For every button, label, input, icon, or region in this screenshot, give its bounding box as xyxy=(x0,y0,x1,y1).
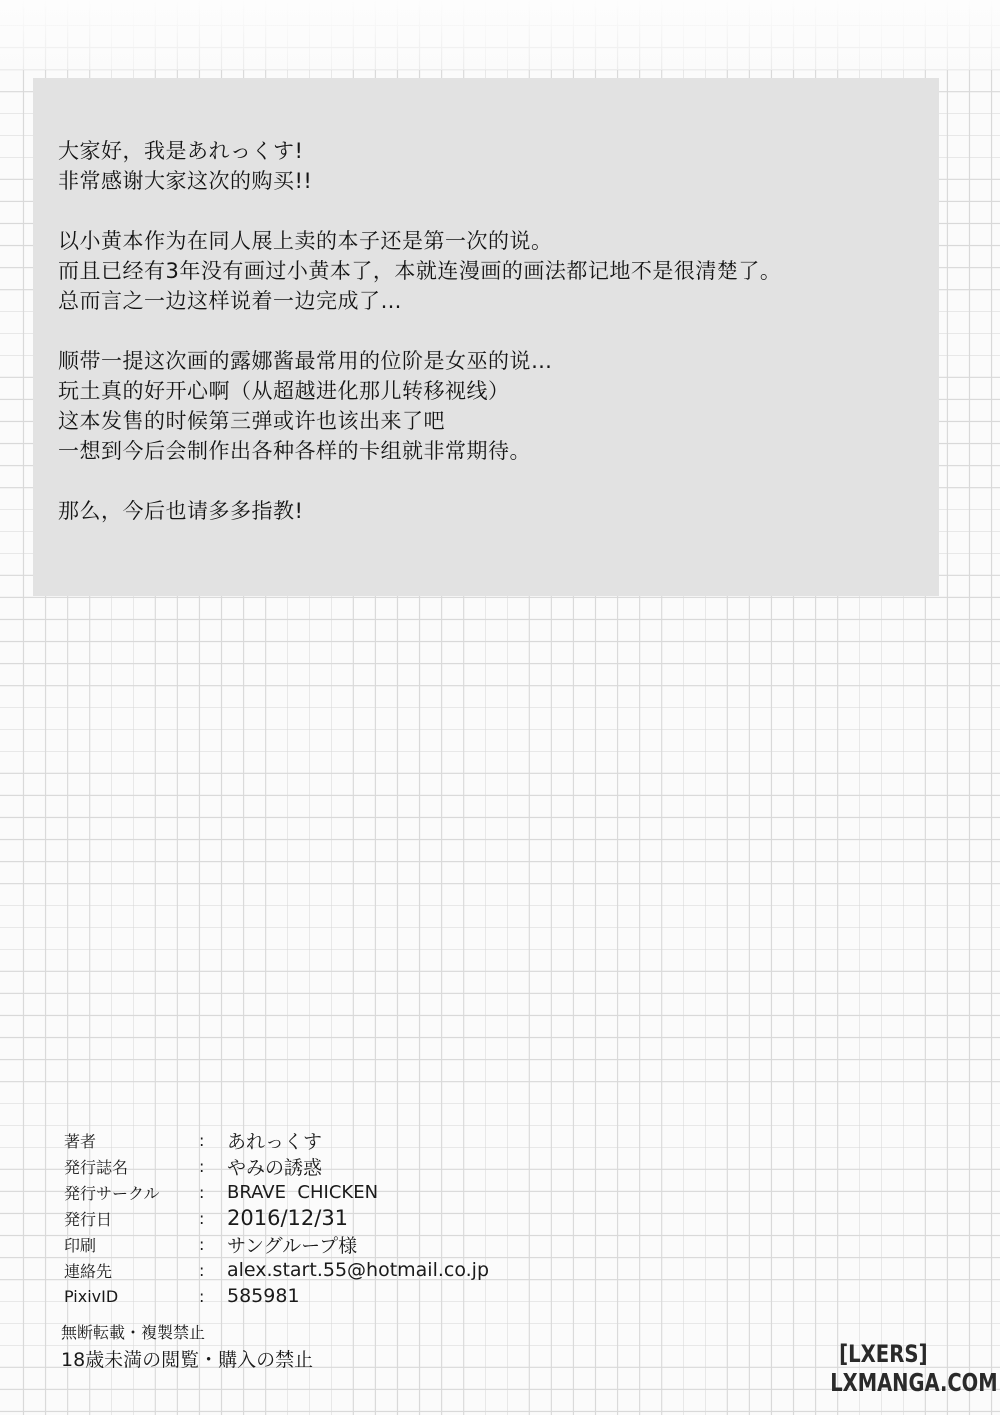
colophon-separator: : xyxy=(199,1157,227,1176)
age-restriction-notice: 18歳未満の閲覧・購入の禁止 xyxy=(61,1345,313,1375)
paragraph-card-game: 顺带一提这次画的露娜酱最常用的位阶是女巫的说… 玩土真的好开心啊（从超越进化那儿… xyxy=(58,346,781,466)
no-reproduction-notice: 無断転載・複製禁止 xyxy=(61,1321,313,1345)
colophon-separator: : xyxy=(199,1235,227,1254)
site-watermark: [LXERS] LXMANGA.COM xyxy=(783,1342,984,1395)
colophon-row-contact: 連絡先 : alex.start.55@hotmail.co.jp xyxy=(64,1257,489,1283)
paragraph-greeting: 大家好，我是あれっくす! 非常感谢大家这次的购买!! xyxy=(58,136,781,196)
text-line: 那么，今后也请多多指教! xyxy=(58,496,781,526)
colophon-value: 2016/12/31 xyxy=(227,1206,348,1230)
colophon-row-printer: 印刷 : サングループ様 xyxy=(64,1231,489,1257)
colophon-separator: : xyxy=(199,1131,227,1150)
page-top-margin xyxy=(0,0,1000,70)
text-line: 顺带一提这次画的露娜酱最常用的位阶是女巫的说… xyxy=(58,346,781,376)
legal-notices: 無断転載・複製禁止 18歳未満の閲覧・購入の禁止 xyxy=(61,1321,313,1375)
colophon-row-circle: 発行サークル : BRAVE CHICKEN xyxy=(64,1179,489,1205)
text-line: 而且已经有3年没有画过小黄本了，本就连漫画的画法都记地不是很清楚了。 xyxy=(58,256,781,286)
watermark-site-name: LXMANGA.COM xyxy=(831,1370,998,1395)
colophon-key: 発行日 xyxy=(64,1207,199,1230)
colophon-key: PixivID xyxy=(64,1287,199,1306)
colophon-value: 585981 xyxy=(227,1285,300,1307)
colophon-key: 著者 xyxy=(64,1129,199,1152)
text-line: 总而言之一边这样说着一边完成了… xyxy=(58,286,781,316)
paragraph-first-time: 以小黄本作为在同人展上卖的本子还是第一次的说。 而且已经有3年没有画过小黄本了，… xyxy=(58,226,781,316)
afterword-text: 大家好，我是あれっくす! 非常感谢大家这次的购买!! 以小黄本作为在同人展上卖的… xyxy=(58,136,781,526)
colophon-key: 発行サークル xyxy=(64,1181,199,1204)
watermark-group-name: [LXERS] xyxy=(801,1342,966,1366)
colophon-separator: : xyxy=(199,1287,227,1306)
colophon-separator: : xyxy=(199,1209,227,1228)
text-line: 玩土真的好开心啊（从超越进化那儿转移视线） xyxy=(58,376,781,406)
colophon-key: 連絡先 xyxy=(64,1259,199,1282)
text-line: 以小黄本作为在同人展上卖的本子还是第一次的说。 xyxy=(58,226,781,256)
colophon-key: 印刷 xyxy=(64,1233,199,1256)
colophon-row-pixiv: PixivID : 585981 xyxy=(64,1283,489,1309)
colophon-value: あれっくす xyxy=(227,1127,322,1154)
colophon-row-date: 発行日 : 2016/12/31 xyxy=(64,1205,489,1231)
colophon-value: BRAVE CHICKEN xyxy=(227,1182,378,1203)
colophon-separator: : xyxy=(199,1261,227,1280)
text-line: 一想到今后会制作出各种各样的卡组就非常期待。 xyxy=(58,436,781,466)
paragraph-closing: 那么，今后也请多多指教! xyxy=(58,496,781,526)
colophon-key: 発行誌名 xyxy=(64,1155,199,1178)
colophon: 著者 : あれっくす 発行誌名 : やみの誘惑 発行サークル : BRAVE C… xyxy=(64,1127,489,1309)
text-line: 大家好，我是あれっくす! xyxy=(58,136,781,166)
colophon-row-author: 著者 : あれっくす xyxy=(64,1127,489,1153)
text-line: 非常感谢大家这次的购买!! xyxy=(58,166,781,196)
colophon-row-title: 発行誌名 : やみの誘惑 xyxy=(64,1153,489,1179)
colophon-separator: : xyxy=(199,1183,227,1202)
colophon-value: サングループ様 xyxy=(227,1231,357,1258)
contact-email: alex.start.55@hotmail.co.jp xyxy=(227,1259,489,1281)
text-line: 这本发售的时候第三弹或许也该出来了吧 xyxy=(58,406,781,436)
colophon-value: やみの誘惑 xyxy=(227,1153,322,1180)
